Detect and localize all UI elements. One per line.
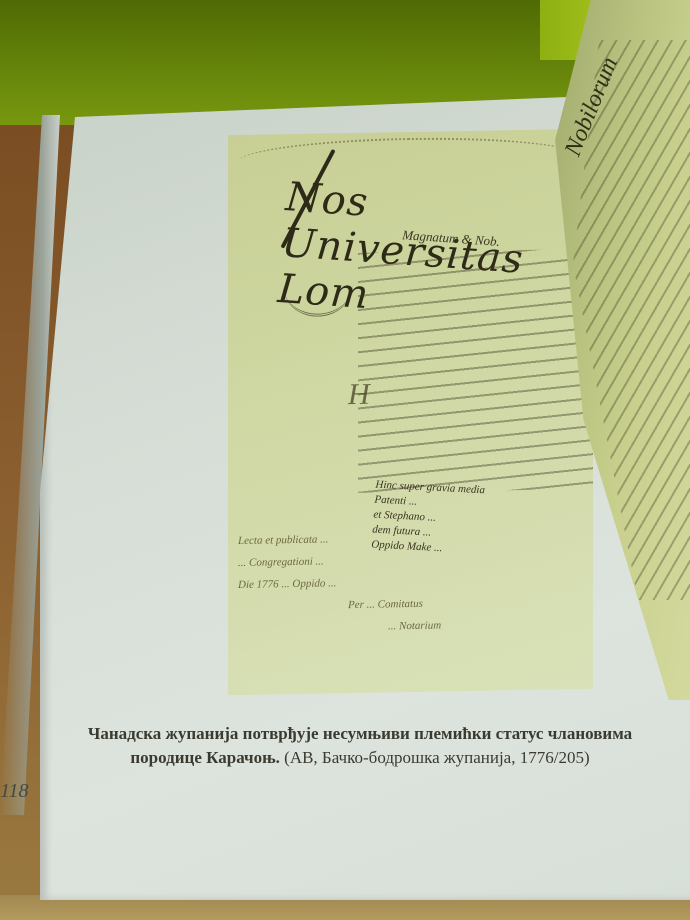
page-number: 118: [0, 780, 29, 803]
figure-caption: Чанадска жупанија потврђује несумњиви пл…: [60, 722, 660, 770]
manuscript-body-lines: [358, 249, 593, 493]
caption-source: (АВ, Бачко-бодрошка жупанија, 1776/205): [284, 748, 589, 767]
calligraphic-initial-h: H: [348, 378, 370, 412]
manuscript-footer-note: Lecta et publicata ... ... Congregationi…: [238, 524, 578, 640]
footer-line: ... Notarium: [238, 612, 578, 640]
manuscript-reproduction: Nos Universitas Lom Magnatum & Nob. H Hi…: [228, 129, 593, 695]
